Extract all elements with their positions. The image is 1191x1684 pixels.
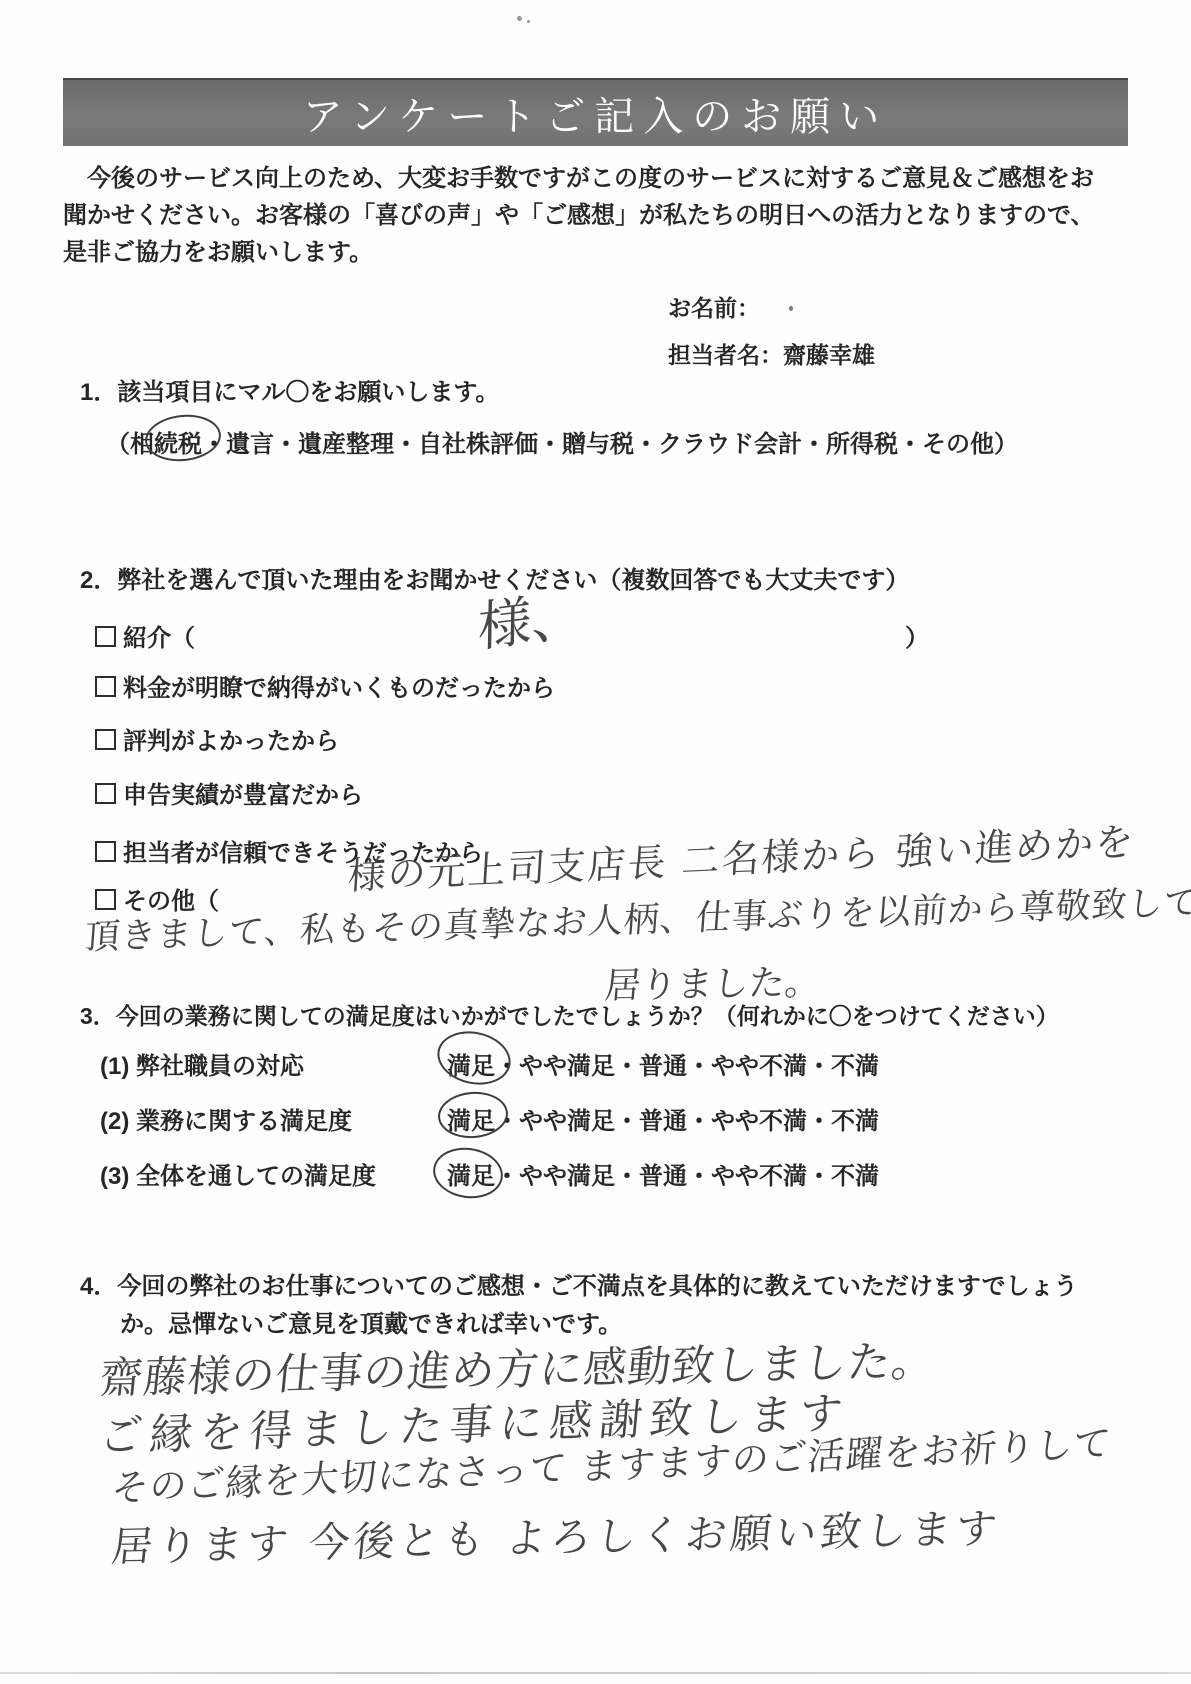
scanned-survey-document: アンケートご記入のお願い 今後のサービス向上のため、大変お手数ですがこの度のサー… (0, 0, 1191, 1684)
rating-item-label: 全体を通しての満足度 (136, 1163, 376, 1190)
checkbox-icon (95, 729, 116, 750)
staff-name-row: 担当者名：齋藤幸雄 (668, 337, 875, 370)
rating-row-overall-satisfaction: (3) 全体を通しての満足度 満足・やや満足・普通・やや不満・不満 (100, 1156, 1100, 1191)
scan-artifact-dot (789, 306, 793, 311)
checkbox-icon (95, 841, 116, 862)
scan-bottom-edge-line (0, 1672, 1191, 1674)
q2-option-label: 料金が明瞭で納得がいくものだったから (123, 675, 555, 702)
staff-name-value: 齋藤幸雄 (783, 342, 875, 368)
rating-scale-rest: ・やや満足・普通・やや不満・不満 (495, 1108, 879, 1135)
q1-circled-option: 続税 (154, 424, 202, 459)
rating-scale-rest: ・やや満足・普通・やや不満・不満 (495, 1053, 879, 1080)
handwritten-referral-name: 様、 (477, 571, 586, 662)
closing-paren: ） (905, 618, 929, 653)
handwritten-response-line-4: 居ります 今後とも よろしくお願い致します (109, 1495, 1004, 1573)
selected-rating-text: 満足 (447, 1053, 495, 1080)
q2-option-label: 評判がよかったから (123, 728, 339, 755)
question-1-heading: 1．該当項目にマル〇をお願いします。 (80, 372, 499, 407)
rating-scale: 満足・やや満足・普通・やや不満・不満 (447, 1046, 879, 1081)
rating-item-number: (3) (100, 1163, 129, 1190)
checkbox-icon (95, 889, 116, 910)
checkbox-icon (95, 676, 116, 697)
question-3-heading: 3．今回の業務に関しての満足度はいかがでしたでしょうか？（何れかに〇をつけてくだ… (80, 998, 1059, 1031)
selected-rating: 満足 (447, 1046, 495, 1081)
selected-rating-text: 満足 (447, 1163, 495, 1190)
question-4-heading-line-2: か。忌憚ないご意見を頂戴できれば幸いです。 (120, 1304, 622, 1339)
q1-circled-text: 続税 (154, 431, 202, 458)
q1-options-rest: ・遺言・遺産整理・自社株評価・贈与税・クラウド会計・所得税・その他） (202, 431, 1018, 458)
rating-item-number: (1) (100, 1053, 129, 1080)
q2-option-label: 申告実績が豊富だから (123, 782, 363, 809)
staff-name-label: 担当者名： (668, 342, 783, 368)
checkbox-icon (95, 783, 116, 804)
q2-option-clear-pricing: 料金が明瞭で納得がいくものだったから (95, 668, 555, 703)
checkbox-icon (95, 626, 116, 647)
q2-option-referral: 紹介（ ） (95, 618, 195, 653)
survey-title: アンケートご記入のお願い (303, 85, 889, 142)
rating-item-label: 業務に関する満足度 (136, 1108, 352, 1135)
intro-paragraph-line-1: 今後のサービス向上のため、大変お手数ですがこの度のサービスに対するご意見＆ご感想… (63, 160, 1094, 197)
scan-artifact-dot (527, 20, 530, 23)
intro-paragraph-line-2: 聞かせください。お客様の「喜びの声」や「ご感想」が私たちの明日への活力となります… (63, 197, 1095, 234)
rating-scale: 満足・やや満足・普通・やや不満・不満 (447, 1101, 879, 1136)
rating-item-number: (2) (100, 1108, 129, 1135)
selected-rating: 満足 (447, 1156, 495, 1191)
intro-paragraph-line-3: 是非ご協力をお願いします。 (63, 234, 373, 271)
scan-artifact-dot (517, 16, 522, 21)
rating-scale: 満足・やや満足・普通・やや不満・不満 (447, 1156, 879, 1191)
q1-options-prefix: （相 (106, 431, 154, 458)
handwritten-other-note-line-2: 頂きまして、私もその真摯なお人柄、仕事ぶりを以前から尊敬致して (83, 875, 1191, 960)
rating-row-staff-response: (1) 弊社職員の対応 満足・やや満足・普通・やや不満・不満 (100, 1046, 1100, 1081)
q2-option-track-record: 申告実績が豊富だから (95, 775, 363, 810)
customer-name-label: お名前： (668, 290, 760, 323)
selected-rating-text: 満足 (447, 1108, 495, 1135)
q2-option-good-reputation: 評判がよかったから (95, 721, 339, 756)
rating-scale-rest: ・やや満足・普通・やや不満・不満 (495, 1163, 879, 1190)
rating-row-service-satisfaction: (2) 業務に関する満足度 満足・やや満足・普通・やや不満・不満 (100, 1101, 1100, 1136)
q2-option-label: 紹介（ (123, 625, 195, 652)
selected-rating: 満足 (447, 1101, 495, 1136)
survey-banner: アンケートご記入のお願い (63, 78, 1128, 146)
question-1-options: （相続税・遺言・遺産整理・自社株評価・贈与税・クラウド会計・所得税・その他） (106, 424, 1018, 459)
question-4-heading-line-1: 4．今回の弊社のお仕事についてのご感想・ご不満点を具体的に教えていただけますでし… (80, 1266, 1078, 1301)
rating-item-label: 弊社職員の対応 (136, 1053, 304, 1080)
